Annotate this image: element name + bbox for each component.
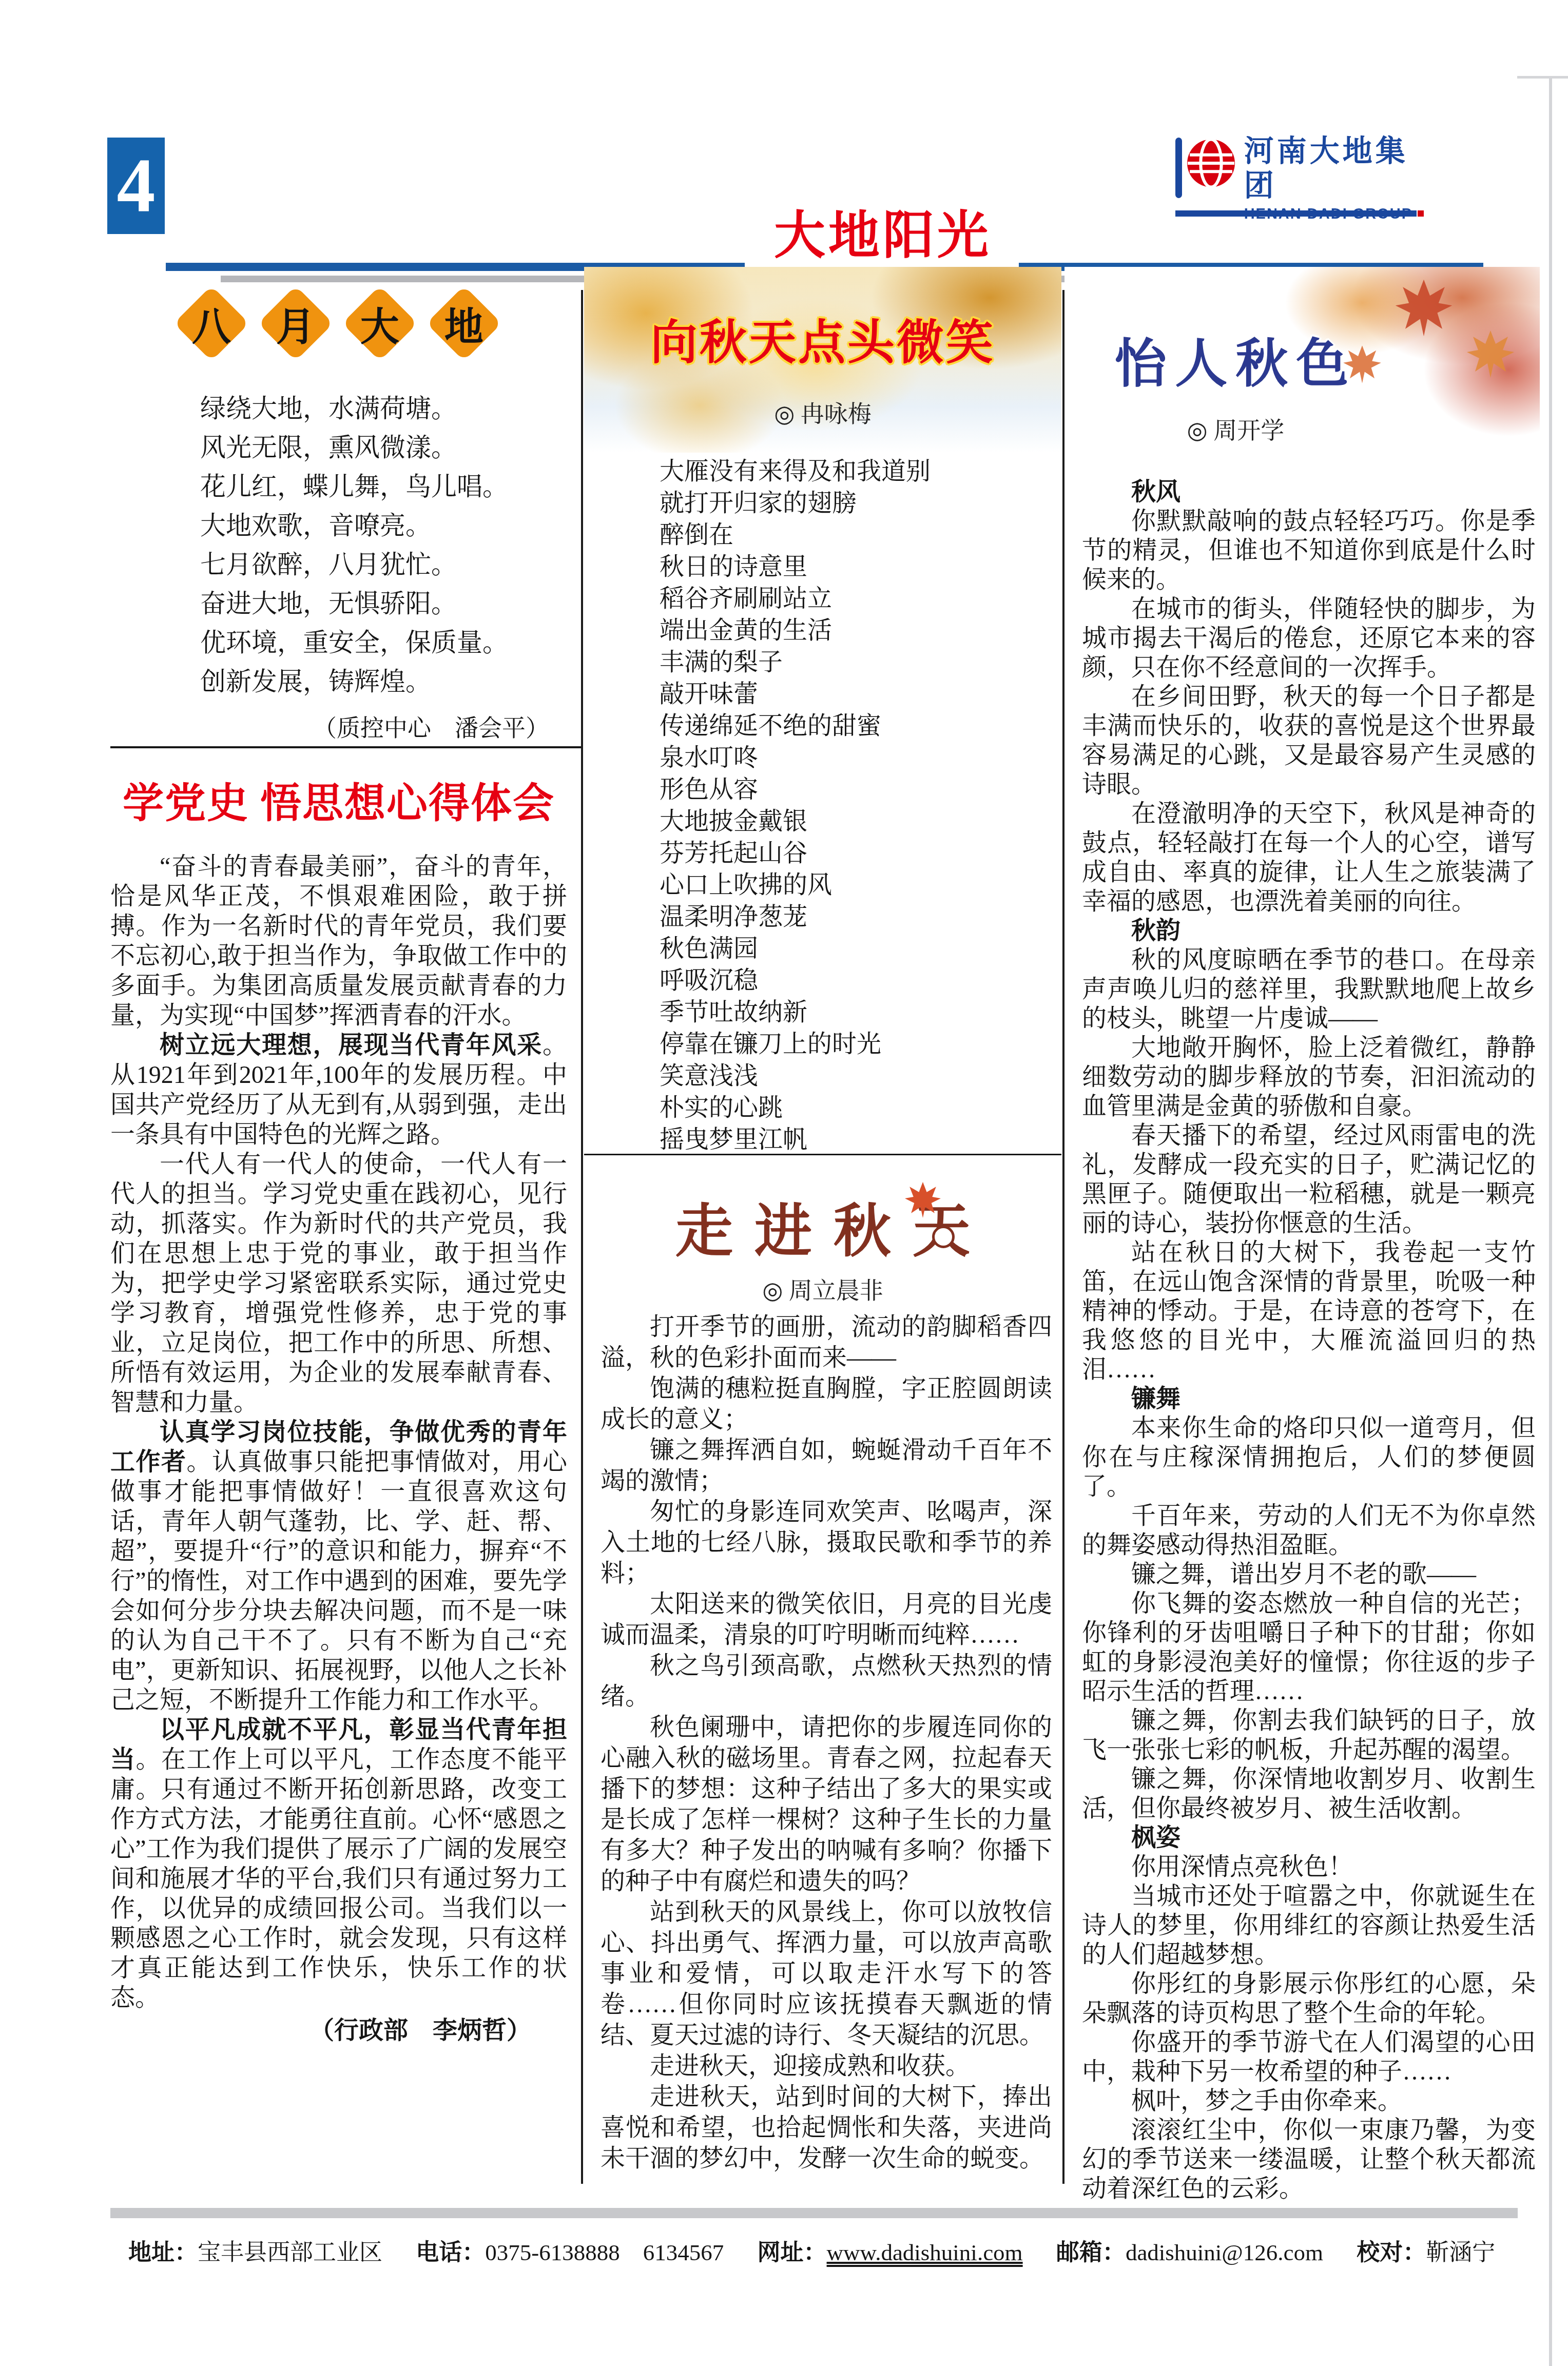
maple-leaf-icon bbox=[903, 1180, 942, 1219]
essay-paragraph: 在澄澈明净的天空下，秋风是神奇的鼓点，轻轻敲打在每一个人的心空，谱写成自由、率真… bbox=[1082, 799, 1536, 916]
poem-line: 呼吸沉稳 bbox=[660, 965, 1052, 997]
section-divider bbox=[110, 746, 581, 748]
title-diamond: 八 bbox=[173, 285, 249, 361]
footer-website: 网址：www.dadishuini.com bbox=[758, 2240, 1023, 2265]
poem-line: 笑意浅浅 bbox=[660, 1060, 1052, 1092]
newspaper-page: { "page": { "number": "4", "masthead": "… bbox=[0, 0, 1568, 2366]
poem-line: 摇曳梦里江帆 bbox=[660, 1124, 1052, 1156]
poem-line: 醉倒在 bbox=[660, 519, 1052, 551]
poem-line: 创新发展，铸辉煌。 bbox=[200, 662, 565, 701]
footer-email: 邮箱：dadishuini@126.com bbox=[1056, 2240, 1323, 2265]
title-diamond: 地 bbox=[426, 285, 501, 361]
poem-title-august-earth: 八 月 大 地 bbox=[110, 287, 565, 359]
article-paragraph: “奋斗的青春最美丽”，奋斗的青年，恰是风华正茂，不惧艰难困险，敢于拼搏。作为一名… bbox=[110, 852, 567, 1031]
poem-line: 稻谷齐刷刷站立 bbox=[660, 583, 1052, 615]
essay-paragraph: 枫叶，梦之手由你牵来。 bbox=[1082, 2086, 1536, 2116]
footer-label: 校对： bbox=[1357, 2239, 1426, 2265]
company-logo: 河南大地集团 HENAN DADI GROUP bbox=[1175, 134, 1422, 222]
title-diamond: 大 bbox=[342, 285, 417, 361]
essay-paragraph: 你盛开的季节游弋在人们渴望的心田中，栽种下另一枚希望的种子…… bbox=[1082, 2028, 1536, 2086]
poem-line: 七月欲醉，八月犹忙。 bbox=[200, 545, 565, 584]
masthead-title: 大地阳光 bbox=[747, 194, 1019, 268]
article-paragraph: 以平凡成就不平凡，彰显当代青年担当。在工作上可以平凡，工作态度不能平庸。只有通过… bbox=[110, 1715, 567, 2013]
article-attribution: （行政部 李炳哲） bbox=[110, 2016, 567, 2046]
poem-line: 形色从容 bbox=[660, 774, 1052, 806]
poem-line: 大地披金戴银 bbox=[660, 806, 1052, 838]
poem-line: 传递绵延不绝的甜蜜 bbox=[660, 710, 1052, 742]
poem-line: 敲开味蕾 bbox=[660, 678, 1052, 710]
essay-paragraph: 你默默敲响的鼓点轻轻巧巧。你是季节的精灵，但谁也不知道你到底是什么时候来的。 bbox=[1082, 507, 1536, 594]
article-paragraph: 走进秋天，迎接成熟和收获。 bbox=[601, 2051, 1052, 2082]
poem-line: 花儿红，蝶儿舞，鸟儿唱。 bbox=[200, 467, 565, 506]
footer-label: 电话： bbox=[416, 2239, 485, 2265]
scan-edge-horizontal bbox=[1517, 76, 1568, 79]
essay-paragraph: 你飞舞的姿态燃放一种自信的光芒；你锋利的牙齿咀嚼日子种下的甘甜；你如虹的身影浸泡… bbox=[1082, 1589, 1536, 1706]
poem-line: 大地欢歌，音嘹亮。 bbox=[200, 506, 565, 545]
paragraph-text: “奋斗的青春最美丽”，奋斗的青年，恰是风华正茂，不惧艰难困险，敢于拼搏。作为一名… bbox=[110, 853, 567, 1029]
article-paragraph: 打开季节的画册，流动的韵脚稻香四溢，秋的色彩扑面而来—— bbox=[601, 1312, 1052, 1373]
title-char: 大 bbox=[360, 296, 399, 352]
title-diamond: 月 bbox=[258, 285, 333, 361]
paragraph-text: 。认真做事只能把事情做对，用心做事才能把事情做好！一直很喜欢这句话，青年人朝气蓬… bbox=[110, 1448, 567, 1714]
globe-icon bbox=[1185, 134, 1237, 192]
essay-paragraph: 滚滚红尘中，你似一束康乃馨，为变幻的季节送来一缕温暖，让整个秋天都流动着深红色的… bbox=[1082, 2116, 1536, 2203]
article-paragraph: 树立远大理想，展现当代青年风采。从1921年到2021年,100年的发展历程。中… bbox=[110, 1031, 567, 1150]
poem-line: 优环境，重安全，保质量。 bbox=[200, 623, 565, 662]
page-number: 4 bbox=[117, 147, 156, 224]
article-into-autumn-body: 打开季节的画册，流动的韵脚稻香四溢，秋的色彩扑面而来—— 饱满的穗粒挺直胸膛，字… bbox=[601, 1312, 1052, 2174]
essay-paragraph: 大地敞开胸怀，脸上泛着微红，静静细数劳动的脚步释放的节奏，汩汩流动的血管里满是金… bbox=[1082, 1033, 1536, 1121]
essay-paragraph: 镰之舞，你割去我们缺钙的日子，放飞一张张七彩的帆板，升起苏醒的渴望。 bbox=[1082, 1706, 1536, 1764]
pleasant-autumn-banner: 怡人秋色 ◎ 周开学 bbox=[1064, 267, 1540, 482]
title-char: 八 bbox=[192, 296, 231, 352]
footer-label: 网址： bbox=[758, 2239, 827, 2265]
essay-pleasant-autumn-body: 秋风 你默默敲响的鼓点轻轻巧巧。你是季节的精灵，但谁也不知道你到底是什么时候来的… bbox=[1082, 477, 1536, 2203]
article-paragraph: 太阳送来的微笑依旧，月亮的目光虔诚而温柔，清泉的叮咛明晰而纯粹…… bbox=[601, 1589, 1052, 1651]
article-paragraph: 一代人有一代人的使命，一代人有一代人的担当。学习党史重在践初心，见行动，抓落实。… bbox=[110, 1150, 567, 1418]
essay-paragraph: 镰之舞，谱出岁月不老的歌—— bbox=[1082, 1560, 1536, 1589]
poem-line: 大雁没有来得及和我道别 bbox=[660, 456, 1052, 488]
logo-red-square bbox=[1418, 210, 1424, 217]
maple-leaf-icon bbox=[1465, 328, 1516, 380]
poem-line: 丰满的梨子 bbox=[660, 647, 1052, 678]
article-title-party-history: 学党史 悟思想心得体会 bbox=[110, 770, 567, 829]
article-paragraph: 匆忙的身影连同欢笑声、吆喝声，深入土地的七经八脉，摄取民歌和季节的养料； bbox=[601, 1497, 1052, 1589]
footer-phone: 电话：0375-6138888 6134567 bbox=[416, 2240, 724, 2265]
essay-paragraph: 本来你生命的烙印只似一道弯月，但你在与庄稼深情拥抱后，人们的梦便圆了。 bbox=[1082, 1413, 1536, 1501]
footer-gray-bar bbox=[110, 2208, 1518, 2218]
footer-value: 0375-6138888 6134567 bbox=[485, 2240, 724, 2265]
section-heading-sickle-dance: 镰舞 bbox=[1082, 1384, 1536, 1413]
article-party-history-body: “奋斗的青春最美丽”，奋斗的青年，恰是风华正茂，不惧艰难困险，敢于拼搏。作为一名… bbox=[110, 852, 567, 2046]
essay-paragraph: 千百年来，劳动的人们无不为你卓然的舞姿感动得热泪盈眶。 bbox=[1082, 1501, 1536, 1560]
logo-name-cn: 河南大地集团 bbox=[1244, 134, 1422, 203]
logo-underline-bar bbox=[1175, 210, 1417, 217]
paragraph-text: 。在工作上可以平凡，工作态度不能平庸。只有通过不断开拓创新思路，改变工作方式方法… bbox=[110, 1746, 567, 2011]
poem-line: 温柔明净葱茏 bbox=[660, 901, 1052, 933]
logo-blue-bar bbox=[1175, 138, 1182, 198]
article-paragraph: 走进秋天，站到时间的大树下，捧出喜悦和希望，也拾起惆怅和失落，夹进尚未干涸的梦幻… bbox=[601, 2082, 1052, 2174]
essay-author: ◎ 周开学 bbox=[1064, 412, 1407, 445]
footer-proofreader: 校对：靳涵宁 bbox=[1357, 2240, 1495, 2265]
article-paragraph: 秋色阑珊中，请把你的步履连同你的心融入秋的磁场里。青春之网，拉起春天播下的梦想：… bbox=[601, 1712, 1052, 1897]
article-paragraph: 镰之舞挥洒自如，蜿蜒滑动千百年不竭的激情； bbox=[601, 1435, 1052, 1497]
article-title-into-autumn: 走进秋天 bbox=[584, 1186, 1061, 1268]
article-paragraph: 站到秋天的风景线上，你可以放牧信心、抖出勇气、挥洒力量，可以放声高歌事业和爱情，… bbox=[601, 1897, 1052, 2051]
poem-line: 停靠在镰刀上的时光 bbox=[660, 1029, 1052, 1060]
poem-august-earth-body: 绿绕大地，水满荷塘。 风光无限，熏风微漾。 花儿红，蝶儿舞，鸟儿唱。 大地欢歌，… bbox=[110, 389, 565, 701]
footer-website-url: www.dadishuini.com bbox=[827, 2240, 1023, 2265]
footer-label: 地址： bbox=[128, 2239, 198, 2265]
paragraph-text: 一代人有一代人的使命，一代人有一代人的担当。学习党史重在践初心，见行动，抓落实。… bbox=[110, 1151, 567, 1416]
article-paragraph: 饱满的穗粒挺直胸膛，字正腔圆朗读成长的意义； bbox=[601, 1373, 1052, 1435]
column-divider-right bbox=[1062, 290, 1064, 2184]
essay-paragraph: 镰之舞，你深情地收割岁月、收割生活，但你最终被岁月、被生活收割。 bbox=[1082, 1764, 1536, 1823]
poem-line: 风光无限，熏风微漾。 bbox=[200, 428, 565, 467]
essay-paragraph: 在乡间田野，秋天的每一个日子都是丰满而快乐的，收获的喜悦是这个世界最容易满足的心… bbox=[1082, 682, 1536, 799]
poem-title-nod-to-autumn: 向秋天点头微笑 bbox=[584, 305, 1061, 373]
footer-address: 地址：宝丰县西部工业区 bbox=[128, 2240, 382, 2265]
poem-line: 芬芳托起山谷 bbox=[660, 838, 1052, 869]
autumn-smile-banner: 向秋天点头微笑 ◎ 冉咏梅 bbox=[584, 267, 1061, 453]
column-divider-left bbox=[581, 290, 583, 2184]
poem-line: 泉水叮咚 bbox=[660, 742, 1052, 774]
poem-line: 绿绕大地，水满荷塘。 bbox=[200, 389, 565, 428]
poem-nod-to-autumn-body: 大雁没有来得及和我道别 就打开归家的翅膀 醉倒在 秋日的诗意里 稻谷齐刷刷站立 … bbox=[601, 456, 1052, 1156]
poem-line: 就打开归家的翅膀 bbox=[660, 488, 1052, 519]
poem-line: 端出金黄的生活 bbox=[660, 615, 1052, 647]
section-heading-autumn-rhyme: 秋韵 bbox=[1082, 916, 1536, 945]
footer-value: 宝丰县西部工业区 bbox=[198, 2240, 382, 2265]
essay-paragraph: 你彤红的身影展示你彤红的心愿，朵朵飘落的诗页构思了整个生命的年轮。 bbox=[1082, 1969, 1536, 2028]
poem-line: 朴实的心跳 bbox=[660, 1092, 1052, 1124]
essay-paragraph: 在城市的街头，伴随轻快的脚步，为城市揭去干渴后的倦怠，还原它本来的容颜，只在你不… bbox=[1082, 594, 1536, 682]
essay-title-pleasant-autumn: 怡人秋色 bbox=[1064, 322, 1407, 397]
page-number-box: 4 bbox=[107, 138, 165, 234]
footer-contact-line: 地址：宝丰县西部工业区 电话：0375-6138888 6134567 网址：w… bbox=[128, 2234, 1514, 2267]
attribution-text: （行政部 李炳哲） bbox=[309, 2017, 531, 2044]
poem-line: 秋日的诗意里 bbox=[660, 551, 1052, 583]
section-heading-maple-pose: 枫姿 bbox=[1082, 1823, 1536, 1852]
poem-author: ◎ 冉咏梅 bbox=[584, 395, 1061, 429]
footer-label: 邮箱： bbox=[1056, 2239, 1126, 2265]
article-paragraph: 秋之鸟引颈高歌，点燃秋天热烈的情绪。 bbox=[601, 1651, 1052, 1712]
poem-attribution: （质控中心 潘会平） bbox=[110, 709, 549, 743]
footer-email-value: dadishuini@126.com bbox=[1126, 2240, 1323, 2265]
article-paragraph: 认真学习岗位技能，争做优秀的青年工作者。认真做事只能把事情做对，用心做事才能把事… bbox=[110, 1418, 567, 1715]
essay-paragraph: 当城市还处于喧嚣之中，你就诞生在诗人的梦里，你用绯红的容颜让热爱生活的人们超越梦… bbox=[1082, 1882, 1536, 1969]
poem-line: 秋色满园 bbox=[660, 933, 1052, 965]
essay-paragraph: 秋的风度晾晒在季节的巷口。在母亲声声唤儿归的慈祥里，我默默地爬上故乡的枝头，眺望… bbox=[1082, 945, 1536, 1033]
scan-edge-vertical bbox=[1549, 77, 1552, 2366]
footer-value: 靳涵宁 bbox=[1426, 2240, 1495, 2265]
essay-paragraph: 春天播下的希望，经过风雨雷电的洗礼，发酵成一段充实的日子，贮满记忆的黑匣子。随便… bbox=[1082, 1121, 1536, 1238]
title-char: 月 bbox=[276, 296, 315, 352]
poem-line: 季节吐故纳新 bbox=[660, 997, 1052, 1029]
essay-paragraph: 你用深情点亮秋色！ bbox=[1082, 1852, 1536, 1882]
poem-line: 奋进大地，无惧骄阳。 bbox=[200, 584, 565, 623]
paragraph-lead: 树立远大理想，展现当代青年风采 bbox=[160, 1032, 543, 1059]
title-char: 地 bbox=[444, 296, 483, 352]
article-author: ◎ 周立晨非 bbox=[584, 1272, 1061, 1306]
clock-ornament-icon bbox=[932, 1226, 955, 1248]
section-heading-autumn-wind: 秋风 bbox=[1082, 477, 1536, 507]
essay-paragraph: 站在秋日的大树下，我卷起一支竹笛，在远山饱含深情的背景里，吮吸一种精神的悸动。于… bbox=[1082, 1238, 1536, 1384]
poem-line: 心口上吹拂的风 bbox=[660, 869, 1052, 901]
section-divider bbox=[584, 1154, 1061, 1155]
